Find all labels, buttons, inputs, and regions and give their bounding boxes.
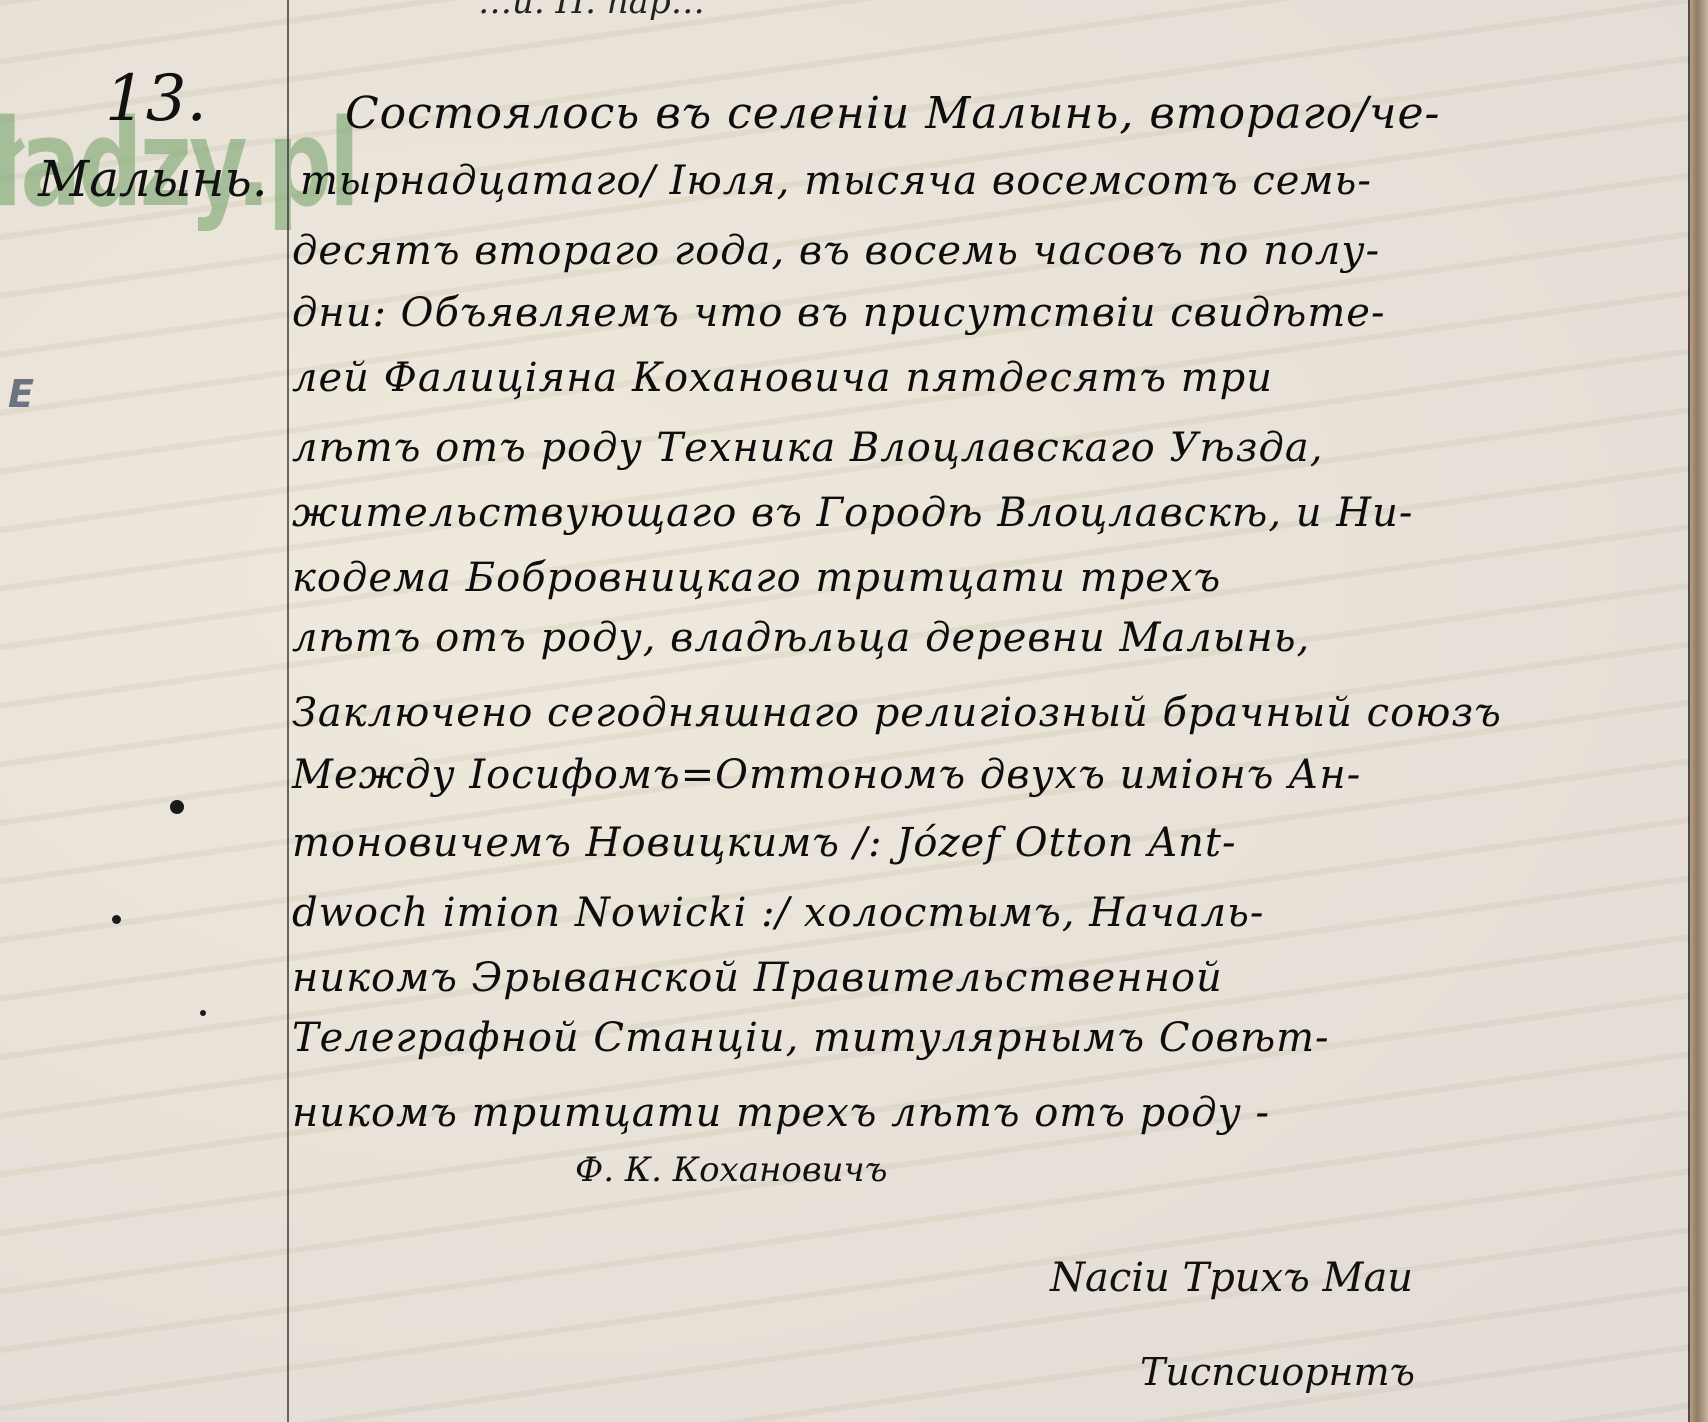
signature-witness-kochanowicz: Ф. К. Кохановичъ xyxy=(575,1150,887,1190)
record-line-6: лѣтъ отъ роду Техника Влоцлавскаго Уѣзда… xyxy=(292,425,1680,471)
record-line-9: лѣтъ отъ роду, владѣльца деревни Малынь, xyxy=(292,615,1680,661)
ink-blot xyxy=(170,800,184,814)
margin-artifact: E xyxy=(8,372,34,416)
record-line-3: десятъ втораго года, въ восемь часовъ по… xyxy=(292,228,1680,274)
page-edge xyxy=(1690,0,1708,1422)
margin-rule xyxy=(287,0,289,1422)
signature-groom: Тиспсиорнтъ xyxy=(1140,1350,1415,1394)
record-line-12: тоновичемъ Новицкимъ /: Józef Otton Ant- xyxy=(292,820,1680,866)
record-line-13: dwoch imion Nowicki :/ холостымъ, Началь… xyxy=(292,890,1680,936)
entry-number: 13. xyxy=(105,62,207,136)
record-line-1: Состоялось въ селеніи Малынь, втораго/че… xyxy=(345,88,1680,139)
record-line-2: тырнадцатаго/ Іюля, тысяча восемсотъ сем… xyxy=(300,158,1680,204)
record-line-8: кодема Бобровницкаго тритцати трехъ xyxy=(292,555,1680,601)
ink-blot xyxy=(200,1010,206,1016)
record-line-5: лей Фалицiяна Кохановича пятдесятъ три xyxy=(292,355,1680,401)
previous-entry-fragment: …и. П. пар… xyxy=(478,0,705,22)
record-line-11: Между Іосифомъ=Оттономъ двухъ имiонъ Ан- xyxy=(292,752,1680,798)
record-line-4: дни: Объявляемъ что въ присутствіи свидѣ… xyxy=(292,290,1680,336)
document-scan: ładzy.pl E …и. П. пар… 13. Малынь. Состо… xyxy=(0,0,1708,1422)
record-line-16: никомъ тритцати трехъ лѣтъ отъ роду - xyxy=(292,1090,1680,1136)
ink-blot xyxy=(112,915,121,924)
record-line-15: Телеграфной Станціи, титулярнымъ Совѣт- xyxy=(292,1015,1680,1061)
record-line-14: никомъ Эрыванской Правительственной xyxy=(292,955,1680,1001)
signature-witness-bobrownicki: Nасіи Трихъ Маи xyxy=(1050,1255,1413,1301)
record-line-7: жительствующаго въ Городѣ Влоцлавскѣ, и … xyxy=(292,490,1680,536)
record-line-10: Заключено сегодняшнаго религіозный брачн… xyxy=(292,690,1680,736)
margin-place-name: Малынь. xyxy=(38,150,268,208)
